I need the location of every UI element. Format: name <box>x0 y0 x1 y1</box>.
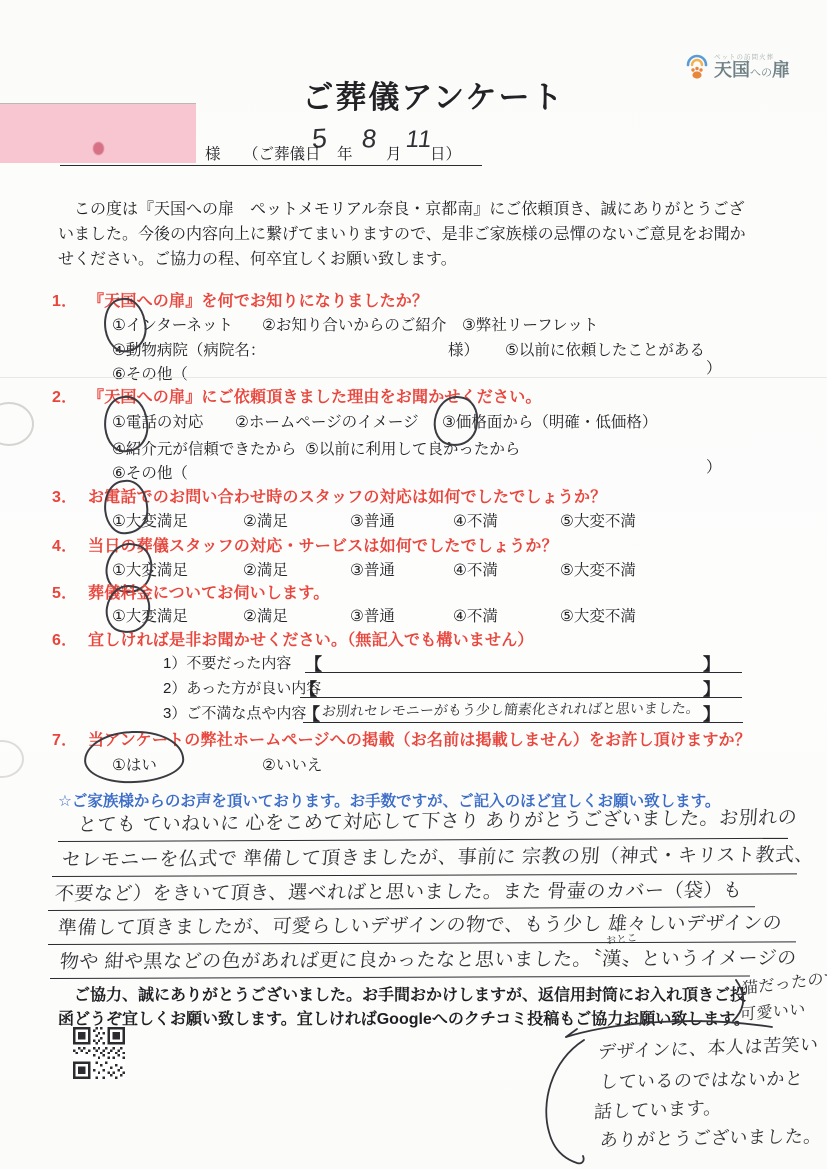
q3-option-satisfied: ②満足 <box>243 509 288 531</box>
handwritten-comment-line-4: 準備して頂きましたが、可愛らしいデザインの物で、もう少し 雄々しいデザインの <box>57 908 783 940</box>
scan-artifact-line <box>0 377 827 378</box>
q2-option-used-before: ⑤以前に利用して良かったから <box>305 437 520 459</box>
q6-row3-handwritten-answer: お別れセレモニーがもう少し簡素化されればと思いました。 <box>321 698 701 721</box>
q1-option-previous: ⑤以前に依頼したことがある <box>505 338 705 360</box>
comment-underline-5 <box>50 976 750 979</box>
q2-option-homepage: ②ホームページのイメージ <box>235 410 419 432</box>
q3-option-very-dissatisfied: ⑤大変不満 <box>560 509 636 531</box>
funeral-date-label: （ご葬儀日 <box>243 142 321 164</box>
scanned-survey-page: ペットの訪問火葬 天国への扉 ご葬儀アンケート 様 （ご葬儀日 5 年 8 月 … <box>0 0 827 1169</box>
comment-line-5-text: 物や 紺や黒などの色があれば更に良かったなと思いました。 <box>59 949 593 973</box>
year-unit: 年 <box>337 142 353 164</box>
q1-option-referral: ②お知り合いからのご紹介 <box>262 313 446 335</box>
note-line-1: デザインに、本人は苦笑い <box>597 1030 819 1064</box>
q4-option-neutral: ③普通 <box>350 558 395 580</box>
intro-line-2: いました。今後の内容向上に繋げてまいりますので、是非ご家族様の忌憚のないご意見を… <box>58 221 746 244</box>
q6-number: 6． <box>52 627 77 650</box>
q7-option-no: ②いいえ <box>262 753 322 775</box>
q5-option-neutral: ③普通 <box>350 604 395 626</box>
handwritten-comment-line-5: 物や 紺や黒などの色があれば更に良かったなと思いました。〝漢〟というイメージの <box>59 943 798 974</box>
q1-option-other-close: ） <box>706 356 722 378</box>
punch-hole-artifact <box>0 740 24 778</box>
q2-number: 2． <box>52 384 77 407</box>
q7-number: 7． <box>52 727 77 750</box>
quote-close: 〟 <box>621 949 642 970</box>
q4-option-satisfied: ②満足 <box>243 558 288 580</box>
closing-line-2: 函どうぞ宜しくお願い致します。宜しければGoogleへのクチコミ投稿もご協力お願… <box>58 1006 750 1029</box>
q6-title: 宜しければ是非お聞かせください。（無記入でも構いません） <box>88 627 534 650</box>
q6-row1-underline <box>305 672 742 673</box>
note-line-2: しているのではないかと <box>599 1064 805 1094</box>
redaction-dot <box>93 142 104 155</box>
quoted-kanji: 漢 <box>601 949 622 970</box>
q2-option-other-close: ） <box>706 455 722 477</box>
q5-option-satisfied: ②満足 <box>243 604 288 626</box>
q6-row1-label: 1）不要だった内容 <box>163 652 291 673</box>
handwritten-month: 8 <box>360 123 379 155</box>
q5-option-dissatisfied: ④不満 <box>453 604 498 626</box>
comment-line-5-tail: というイメージの <box>640 948 797 970</box>
q6-row3-label: 3）ご不満な点や内容 <box>163 702 306 723</box>
q3-option-dissatisfied: ④不満 <box>453 509 498 531</box>
q4-title: 当日の葬儀スタッフの対応・サービスは如何でしたでしょうか？ <box>88 533 558 556</box>
q1-option-other: ⑥その他（ <box>112 362 188 384</box>
closing-line-1: ご協力、誠にありがとうございました。お手間おかけしますが、返信用封筒にお入れ頂き… <box>58 982 746 1005</box>
q1-number: 1． <box>52 288 77 311</box>
punch-hole-artifact <box>0 402 34 446</box>
q4-option-dissatisfied: ④不満 <box>453 558 498 580</box>
handwritten-year: 5 <box>311 123 328 155</box>
intro-line-1: この度は『天国への扉 ペットメモリアル奈良・京都南』にご依頼頂き、誠にありがとう… <box>58 196 745 219</box>
q3-number: 3． <box>52 484 77 507</box>
name-line-underline <box>60 165 482 166</box>
honorific-sama: 様 <box>205 142 221 164</box>
note-line-4: ありがとうございました。 <box>599 1122 823 1152</box>
handwritten-comment-line-3: 不要など）をきいて頂き、選べればと思いました。また 骨壷のカバー（袋）も <box>54 875 744 906</box>
q7-title: 当アンケートの弊社ホームページへの掲載（お名前は掲載しません）をお許し頂けますか… <box>88 727 751 750</box>
qr-code <box>73 1026 125 1080</box>
note-line-3: 話しています。 <box>593 1093 723 1124</box>
handwritten-comment-line-2: セレモニーを仏式で 準備して頂きましたが、事前に 宗教の別（神式・キリスト教式、 <box>61 840 815 872</box>
q1-option-leaflet: ③弊社リーフレット <box>462 313 598 335</box>
q4-option-very-dissatisfied: ⑤大変不満 <box>560 558 636 580</box>
q6-row3-underline <box>303 722 743 723</box>
q3-title: お電話でのお問い合わせ時のスタッフの対応は如何でしたでしょうか？ <box>88 484 606 507</box>
day-unit: 日） <box>430 142 461 164</box>
q4-number: 4． <box>52 533 77 556</box>
side-note-cute: 可愛いい <box>740 996 806 1025</box>
q1-option-vet-suffix: 様） <box>448 338 479 360</box>
month-unit: 月 <box>386 142 402 164</box>
intro-line-3: せください。ご協力の程、何卒宜しくお願い致します。 <box>58 246 457 269</box>
q5-option-very-dissatisfied: ⑤大変不満 <box>560 604 636 626</box>
q6-row2-label: 2）あった方が良い内容 <box>163 677 321 698</box>
q5-number: 5． <box>52 580 77 603</box>
q3-option-neutral: ③普通 <box>350 509 395 531</box>
